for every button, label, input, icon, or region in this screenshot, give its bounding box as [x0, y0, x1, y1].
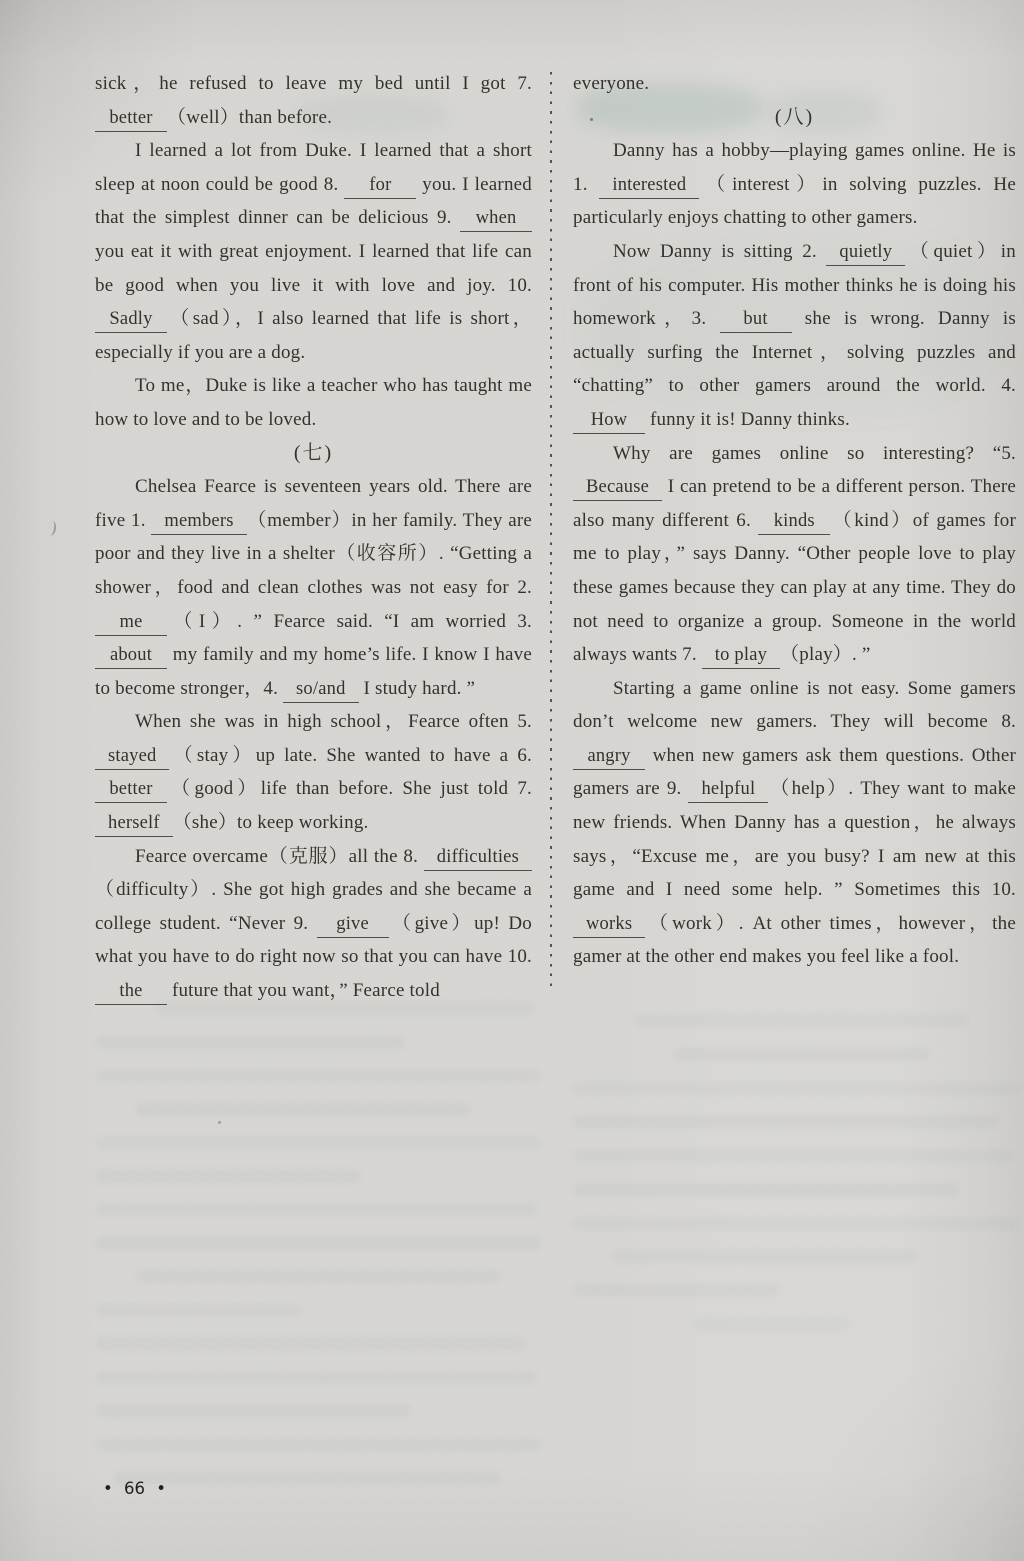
scanned-workbook-page: sick，he refused to leave my bed until I …: [0, 0, 1024, 1561]
fill-in-blank-answer: quietly: [826, 240, 905, 266]
ghost-text-line: [95, 1069, 541, 1082]
fill-in-blank-answer: the: [95, 979, 167, 1005]
paragraph: Danny has a hobby—playing games online. …: [573, 134, 1016, 235]
right-column: everyone.(八)Danny has a hobby—playing ga…: [573, 67, 1016, 974]
paragraph: sick，he refused to leave my bed until I …: [95, 67, 532, 134]
pencil-mark: [47, 520, 57, 536]
dust-speck: [218, 1121, 221, 1124]
ghost-text-line: [95, 1304, 301, 1317]
fill-in-blank-answer: better: [95, 777, 167, 803]
ghost-text-line: [573, 1082, 1019, 1095]
ghost-text-line: [613, 1250, 919, 1263]
fill-in-blank-answer: but: [720, 307, 792, 333]
ghost-text-line: [115, 1471, 501, 1484]
fill-in-blank-answer: Because: [573, 475, 662, 501]
ghost-text-line: [673, 1048, 929, 1061]
paragraph: everyone.: [573, 67, 1016, 101]
ghost-text-line: [135, 1270, 501, 1283]
left-column: sick，he refused to leave my bed until I …: [95, 67, 532, 1008]
paragraph: Chelsea Fearce is seventeen years old. T…: [95, 470, 532, 705]
paragraph: I learned a lot from Duke. I learned tha…: [95, 134, 532, 369]
page-number: • 66 •: [103, 1479, 166, 1498]
paragraph: When she was in high school，Fearce often…: [95, 705, 532, 839]
ghost-text-line: [95, 1404, 411, 1417]
ghost-text-line: [95, 1203, 537, 1216]
ghost-text-line: [95, 1337, 527, 1350]
fill-in-blank-answer: give: [317, 912, 389, 938]
fill-in-blank-answer: to play: [702, 643, 780, 669]
fill-in-blank-answer: interested: [599, 173, 699, 199]
dust-speck: [888, 182, 893, 184]
fill-in-blank-answer: helpful: [688, 777, 768, 803]
ghost-text-line: [95, 1438, 541, 1451]
ghost-text-line: [693, 1318, 849, 1331]
fill-in-blank-answer: Sadly: [95, 307, 167, 333]
column-divider: [550, 72, 552, 986]
paragraph: Fearce overcame（克服）all the 8. difficulti…: [95, 840, 532, 1008]
paragraph: Starting a game online is not easy. Some…: [573, 672, 1016, 974]
paragraph: Now Danny is sitting 2. quietly（quiet）in…: [573, 235, 1016, 437]
section-heading: (七): [95, 437, 532, 471]
fill-in-blank-answer: herself: [95, 811, 173, 837]
fill-in-blank-answer: better: [95, 106, 167, 132]
fill-in-blank-answer: How: [573, 408, 645, 434]
ghost-text-line: [573, 1183, 959, 1196]
fill-in-blank-answer: works: [573, 912, 645, 938]
ghost-text-line: [95, 1136, 541, 1149]
ghost-text-line: [95, 1036, 405, 1049]
fill-in-blank-answer: stayed: [95, 744, 169, 770]
ghost-text-line: [95, 1170, 361, 1183]
ghost-text-line: [573, 1149, 1013, 1162]
dust-speck: [590, 118, 593, 121]
paragraph: To me，Duke is like a teacher who has tau…: [95, 369, 532, 436]
ghost-text-line: [573, 1284, 779, 1297]
paragraph: Why are games online so interesting? “5.…: [573, 437, 1016, 672]
ghost-text-line: [95, 1371, 537, 1384]
ghost-text-line: [135, 1103, 471, 1116]
ghost-text-line: [633, 1014, 969, 1027]
fill-in-blank-answer: angry: [573, 744, 645, 770]
fill-in-blank-answer: difficulties: [424, 845, 532, 871]
ghost-text-line: [573, 1115, 999, 1128]
fill-in-blank-answer: for: [344, 173, 416, 199]
ghost-text-line: [573, 1217, 1019, 1230]
fill-in-blank-answer: when: [460, 206, 532, 232]
fill-in-blank-answer: kinds: [758, 509, 830, 535]
ghost-text-line: [95, 1237, 541, 1250]
section-heading: (八): [573, 101, 1016, 135]
fill-in-blank-answer: members: [151, 509, 246, 535]
fill-in-blank-answer: so/and: [283, 677, 359, 703]
fill-in-blank-answer: about: [95, 643, 167, 669]
fill-in-blank-answer: me: [95, 610, 167, 636]
